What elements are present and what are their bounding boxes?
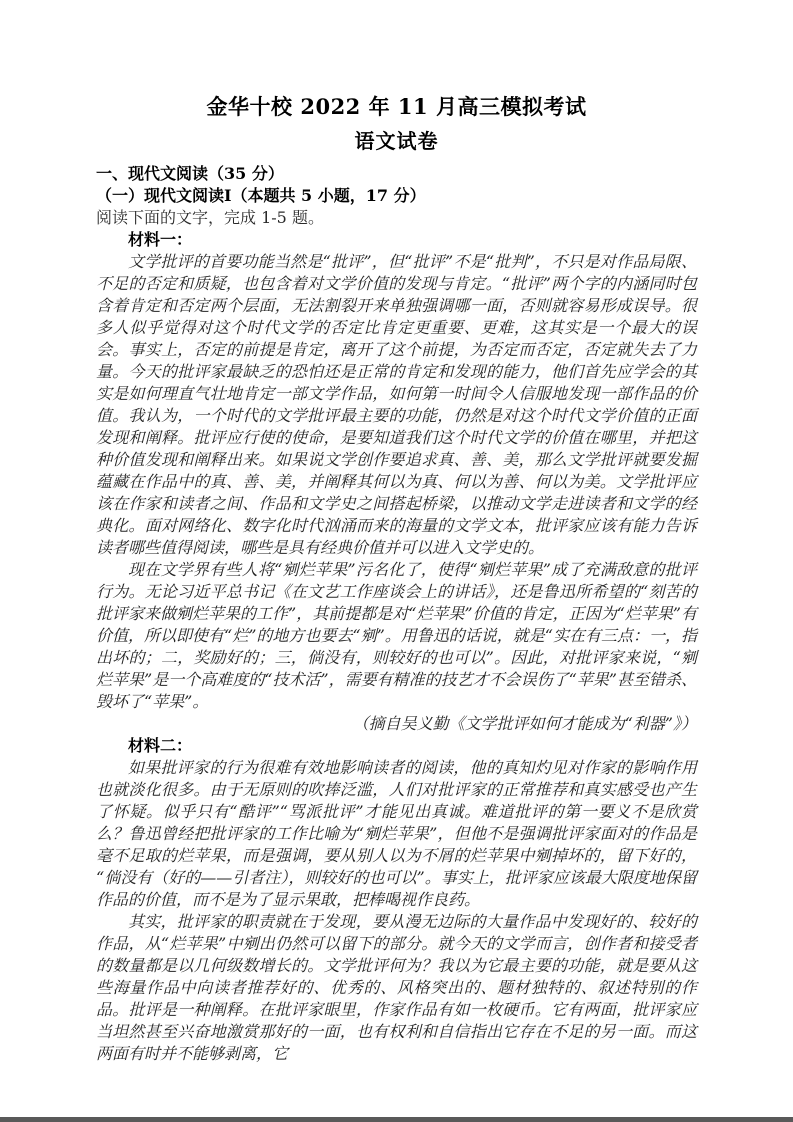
page-bottom-edge	[0, 1117, 793, 1122]
material-2-paragraph-2: 其实，批评家的职责就在于发现，要从漫无边际的大量作品中发现好的、较好的作品，从“…	[96, 911, 697, 1065]
paper-subtitle: 语文试卷	[96, 124, 697, 158]
material-2-label: 材料二：	[96, 735, 697, 757]
material-2-paragraph-1: 如果批评家的行为很难有效地影响读者的阅读，他的真知灼见对作家的影响作用也就淡化很…	[96, 757, 697, 911]
material-1-paragraph-1: 文学批评的首要功能当然是“批评”，但“批评”不是“批判”，不只是对作品局限、不足…	[96, 251, 697, 559]
section-1-heading: 一、现代文阅读（35 分）	[96, 163, 697, 185]
subsection-1-heading: （一）现代文阅读Ⅰ（本题共 5 小题，17 分）	[96, 185, 697, 207]
exam-paper-page: 金华十校 2022 年 11 月高三模拟考试 语文试卷 一、现代文阅读（35 分…	[0, 0, 793, 1122]
reading-instruction: 阅读下面的文字，完成 1-5 题。	[96, 207, 697, 229]
material-1-paragraph-2: 现在文学界有些人将“剜烂苹果”污名化了，使得“剜烂苹果”成了充满敌意的批评行为。…	[96, 559, 697, 713]
document-content: 金华十校 2022 年 11 月高三模拟考试 语文试卷 一、现代文阅读（35 分…	[96, 0, 697, 1065]
exam-title: 金华十校 2022 年 11 月高三模拟考试	[96, 90, 697, 124]
material-1-attribution: （摘自吴义勤《文学批评如何才能成为“利器”》）	[96, 713, 697, 735]
material-1-label: 材料一：	[96, 229, 697, 251]
